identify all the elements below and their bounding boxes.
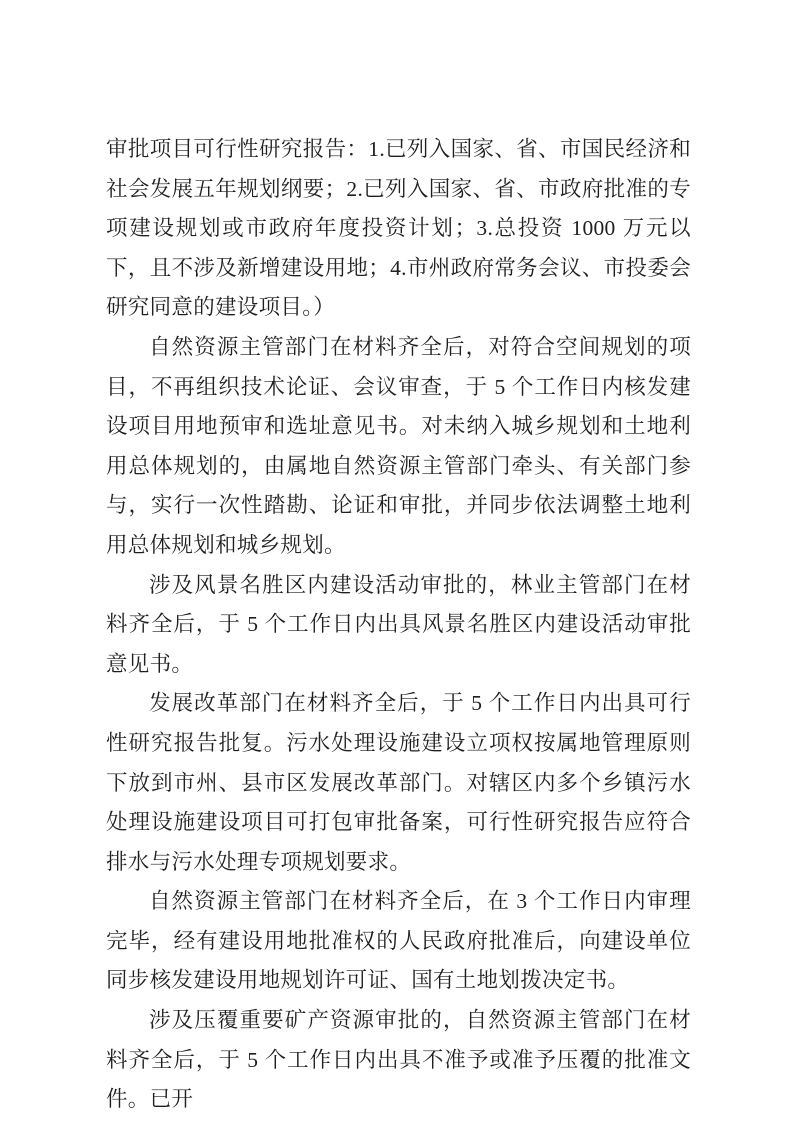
- paragraph: 涉及风景名胜区内建设活动审批的，林业主管部门在材料齐全后，于 5 个工作日内出具…: [106, 566, 691, 685]
- paragraph: 涉及压覆重要矿产资源审批的，自然资源主管部门在材料齐全后，于 5 个工作日内出具…: [106, 1001, 691, 1120]
- document-body: 审批项目可行性研究报告：1.已列入国家、省、市国民经济和社会发展五年规划纲要；2…: [106, 130, 691, 1120]
- document-page: 审批项目可行性研究报告：1.已列入国家、省、市国民经济和社会发展五年规划纲要；2…: [0, 0, 793, 1122]
- paragraph: 自然资源主管部门在材料齐全后，对符合空间规划的项目，不再组织技术论证、会议审查，…: [106, 328, 691, 566]
- paragraph: 自然资源主管部门在材料齐全后，在 3 个工作日内审理完毕，经有建设用地批准权的人…: [106, 882, 691, 1001]
- paragraph: 发展改革部门在材料齐全后，于 5 个工作日内出具可行性研究报告批复。污水处理设施…: [106, 684, 691, 882]
- paragraph-continuation: 审批项目可行性研究报告：1.已列入国家、省、市国民经济和社会发展五年规划纲要；2…: [106, 130, 691, 328]
